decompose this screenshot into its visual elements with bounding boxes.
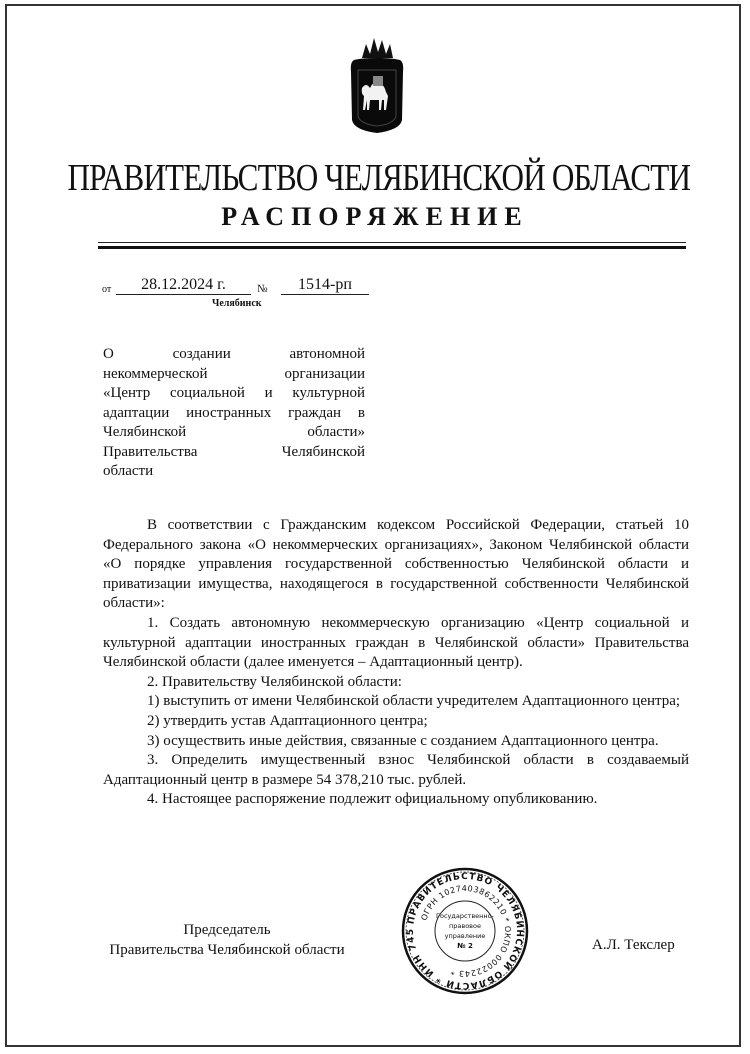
subject-line: Челябинской области» bbox=[103, 423, 365, 443]
issuer-title: ПРАВИТЕЛЬСТВО ЧЕЛЯБИНСКОЙ ОБЛАСТИ bbox=[68, 156, 683, 200]
number-prefix: № bbox=[257, 283, 268, 295]
clause-2: 2. Правительству Челябинской области: bbox=[103, 673, 689, 693]
header-divider-thick bbox=[98, 246, 686, 249]
position-line-2: Правительства Челябинской области bbox=[92, 940, 362, 960]
official-seal-icon: ПРАВИТЕЛЬСТВО ЧЕЛЯБИНСКОЙ ОБЛАСТИ * ИНН … bbox=[400, 866, 530, 996]
document-subject: О создании автономной некоммерческой орг… bbox=[103, 345, 365, 482]
subject-line: области bbox=[103, 462, 365, 482]
position-line-1: Председатель bbox=[92, 920, 362, 940]
coat-of-arms-icon bbox=[348, 36, 406, 134]
subject-line: О создании автономной bbox=[103, 345, 365, 365]
clause-2-2: 2) утвердить устав Адаптационного центра… bbox=[103, 712, 689, 732]
header-divider-thin bbox=[98, 242, 686, 243]
clause-1: 1. Создать автономную некоммерческую орг… bbox=[103, 614, 689, 673]
document-number: 1514-рп bbox=[281, 275, 369, 295]
document-city: Челябинск bbox=[212, 298, 262, 309]
svg-text:управление: управление bbox=[445, 932, 486, 940]
subject-line: адаптации иностранных граждан в bbox=[103, 404, 365, 424]
clause-2-1: 1) выступить от имени Челябинской област… bbox=[103, 692, 689, 712]
preamble-paragraph: В соответствии с Гражданским кодексом Ро… bbox=[103, 516, 689, 614]
document-type: РАСПОРЯЖЕНИЕ bbox=[0, 202, 750, 232]
document-date: 28.12.2024 г. bbox=[116, 275, 251, 295]
clause-4: 4. Настоящее распоряжение подлежит офици… bbox=[103, 790, 689, 810]
svg-text:Государственно-: Государственно- bbox=[436, 912, 495, 920]
signatory-name: А.Л. Текслер bbox=[592, 937, 675, 954]
subject-line: Правительства Челябинской bbox=[103, 443, 365, 463]
document-body: В соответствии с Гражданским кодексом Ро… bbox=[103, 516, 689, 810]
clause-2-3: 3) осуществить иные действия, связанные … bbox=[103, 732, 689, 752]
signatory-position: Председатель Правительства Челябинской о… bbox=[92, 920, 362, 960]
clause-3: 3. Определить имущественный взнос Челяби… bbox=[103, 751, 689, 790]
svg-text:правовое: правовое bbox=[449, 922, 481, 930]
date-prefix: от bbox=[102, 284, 111, 295]
subject-line: «Центр социальной и культурной bbox=[103, 384, 365, 404]
subject-line: некоммерческой организации bbox=[103, 365, 365, 385]
svg-text:№ 2: № 2 bbox=[457, 942, 473, 950]
